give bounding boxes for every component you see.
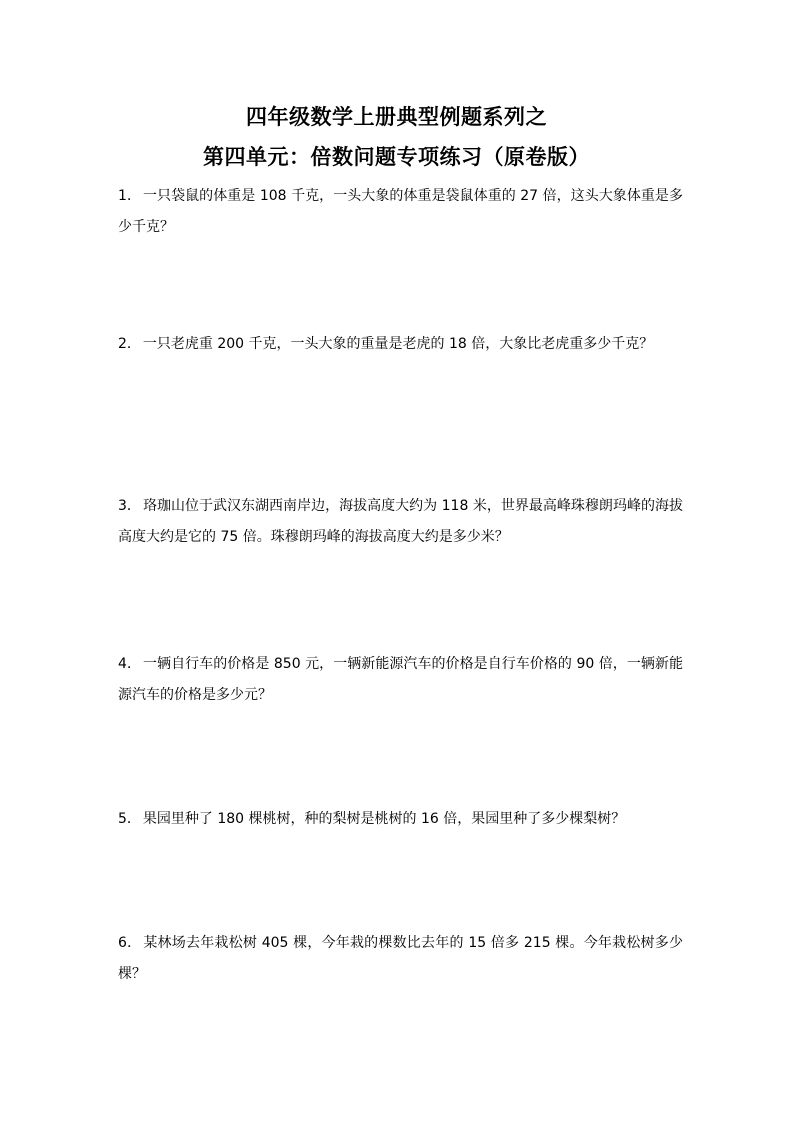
document-title-line-2: 第四单元：倍数问题专项练习（原卷版） (0, 143, 793, 171)
document-title-line-1: 四年级数学上册典型例题系列之 (0, 103, 793, 131)
problem-6: 6．某林场去年栽松树 405 棵，今年栽的棵数比去年的 15 倍多 215 棵。… (118, 928, 683, 990)
problem-4: 4．一辆自行车的价格是 850 元，一辆新能源汽车的价格是自行车价格的 90 倍… (118, 649, 683, 711)
problem-text: 一只袋鼠的体重是 108 千克，一头大象的体重是袋鼠体重的 27 倍，这头大象体… (118, 188, 683, 235)
problem-number: 6． (118, 935, 141, 951)
problem-text: 一只老虎重 200 千克，一头大象的重量是老虎的 18 倍，大象比老虎重多少千克… (143, 336, 653, 352)
problem-2: 2．一只老虎重 200 千克，一头大象的重量是老虎的 18 倍，大象比老虎重多少… (118, 329, 683, 360)
problem-1: 1．一只袋鼠的体重是 108 千克，一头大象的体重是袋鼠体重的 27 倍，这头大… (118, 181, 683, 243)
problem-number: 4． (118, 656, 141, 672)
problem-text: 果园里种了 180 棵桃树，种的梨树是桃树的 16 倍，果园里种了多少棵梨树？ (143, 811, 625, 827)
problem-text: 一辆自行车的价格是 850 元，一辆新能源汽车的价格是自行车价格的 90 倍，一… (118, 656, 683, 703)
document-page: 四年级数学上册典型例题系列之 第四单元：倍数问题专项练习（原卷版） 1．一只袋鼠… (0, 0, 793, 1122)
problem-text: 珞珈山位于武汉东湖西南岸边，海拔高度大约为 118 米，世界最高峰珠穆朗玛峰的海… (118, 498, 683, 545)
problem-number: 2． (118, 336, 141, 352)
problem-text: 某林场去年栽松树 405 棵，今年栽的棵数比去年的 15 倍多 215 棵。今年… (118, 935, 683, 982)
problem-number: 5． (118, 811, 141, 827)
problem-number: 1． (118, 188, 141, 204)
problem-number: 3． (118, 498, 141, 514)
problem-5: 5．果园里种了 180 棵桃树，种的梨树是桃树的 16 倍，果园里种了多少棵梨树… (118, 804, 683, 835)
problem-3: 3．珞珈山位于武汉东湖西南岸边，海拔高度大约为 118 米，世界最高峰珠穆朗玛峰… (118, 491, 683, 553)
